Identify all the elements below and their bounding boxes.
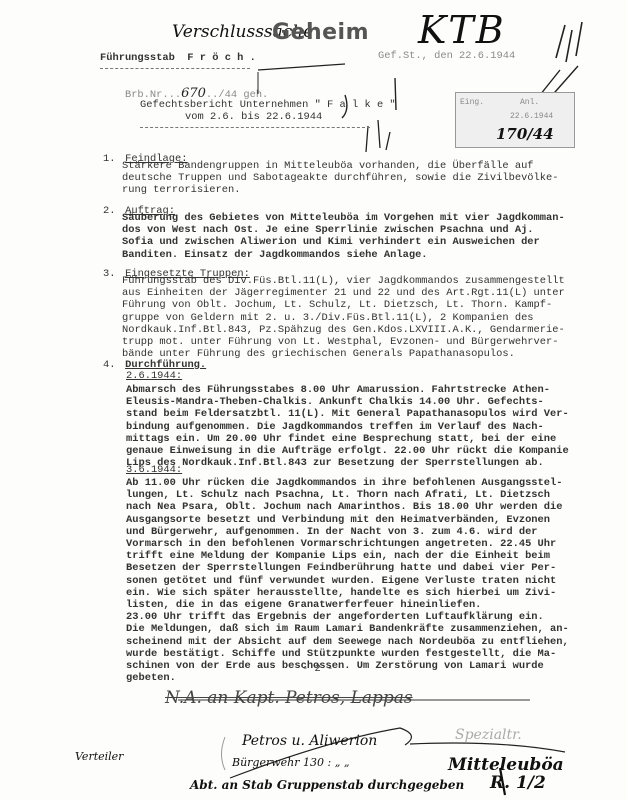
text-line: lungen, Lt. Schulz nach Psachna, Lt. Tho… <box>126 489 569 501</box>
text-line: gebeten. <box>126 672 569 684</box>
initials: R. 1/2 <box>490 773 546 793</box>
text-line: Eleusis-Mandra-Theben-Chalkis. Ankunft C… <box>126 396 569 408</box>
text-line: trifft eine Meldung der Kompanie Lips ei… <box>126 550 569 562</box>
text-line: sonen getötet und fünf verwundet wurden.… <box>126 575 569 587</box>
text-line: mittags ein. Um 20.00 Uhr findet eine Be… <box>126 433 569 445</box>
text-line: wurde bestätigt. Schiffe und Stützpunkte… <box>126 648 569 660</box>
text-line: Stärkere Bandengruppen in Mitteleuböa vo… <box>122 160 558 172</box>
report-title: Gefechtsbericht Unternehmen " F a l k e … <box>140 99 396 111</box>
text-line: 23.00 Uhr trifft das Ergebnis der angefo… <box>126 611 569 623</box>
received-stamp: Eing. Anl. 22.6.1944 170/44 <box>455 92 575 148</box>
stamp-number: 170/44 <box>496 125 554 143</box>
text-line: Vormarsch in den befohlenen Vormarschric… <box>126 538 569 550</box>
text-line: ein. Wie sich später herausstellte, hand… <box>126 587 569 599</box>
bracket-target-note: Mitteleuböa <box>448 755 564 775</box>
text-line: Nordkauk.Inf.Btl.843, Pz.Spähzug des Gen… <box>122 324 565 336</box>
stamp-line2: Anl. <box>520 97 539 109</box>
text-line: scheinend mit der Absicht auf dem Seeweg… <box>126 636 569 648</box>
section-auftrag-body: Säuberung des Gebietes von Mitteleuböa i… <box>122 212 565 261</box>
faint-right-note: Spezialtr. <box>455 727 522 743</box>
text-line: nach Nea Psara, Oblt. Jochum nach Amarin… <box>126 501 569 513</box>
entry-date: 3.6.1944: <box>126 464 182 476</box>
document-page: Verschlusssache Geheim KTB Führungsstab … <box>0 0 627 800</box>
text-line: gruppe von Geldern mit 2. u. 3./Div.Füs.… <box>122 312 565 324</box>
text-line: Führung von Oblt. Jochum, Lt. Schulz, Lt… <box>122 299 565 311</box>
text-line: stand beim Feldersatzbtl. 11(L). Mit Gen… <box>126 408 569 420</box>
text-line: Säuberung des Gebietes von Mitteleuböa i… <box>122 212 565 224</box>
bottom-handwritten-note: Abt. an Stab Gruppenstab durchgegeben <box>190 778 464 792</box>
title-underline <box>140 127 370 128</box>
stamp-line3: 22.6.1944 <box>510 111 553 123</box>
margin-note-verteiler: Verteiler <box>75 750 123 763</box>
bracket-note-line2: Bürgerwehr 130 : „ „ <box>232 756 350 769</box>
entry-body-3-6: Ab 11.00 Uhr rücken die Jagdkommandos in… <box>126 477 569 684</box>
text-line: listen, die in das eigene Granatwerferfe… <box>126 599 569 611</box>
section-number: 1. <box>103 153 115 165</box>
struck-handwritten-note: N.A. an Kapt. Petros, Lappas <box>165 688 413 708</box>
text-line: bindung aufgenommen. Die Jagdkommandos t… <box>126 421 569 433</box>
section-number: 2. <box>103 205 115 217</box>
text-line: Besetzen der Sperrstellungen Feindberühr… <box>126 562 569 574</box>
stamp-line1: Eing. <box>460 97 484 109</box>
text-line: Lips des Nordkauk.Inf.Btl.843 zur Besetz… <box>126 457 569 469</box>
text-line: deutsche Truppen und Sabotageakte durchf… <box>122 172 558 184</box>
page-number: - 2 - <box>302 663 333 675</box>
text-line: Abmarsch des Führungsstabes 8.00 Uhr Ama… <box>126 384 569 396</box>
text-line: rung terrorisieren. <box>122 184 558 196</box>
text-line: Ausgangsorte besetzt und Verbindung mit … <box>126 514 569 526</box>
entry-body-2-6: Abmarsch des Führungsstabes 8.00 Uhr Ama… <box>126 384 569 469</box>
text-line: schinen von der Erde aus beschossen. Um … <box>126 660 569 672</box>
text-line: dos von West nach Ost. Je eine Sperrlini… <box>122 224 565 236</box>
text-line: aus Einheiten der Jägerregimenter 21 und… <box>122 287 565 299</box>
section-truppen-body: Führungsstab des Div.Füs.Btl.11(L), vier… <box>122 275 565 360</box>
section-number: 4. <box>103 359 115 371</box>
bracket-note-line1: Petros u. Aliwerion <box>242 733 377 749</box>
entry-date: 2.6.1944: <box>126 370 182 382</box>
text-line: Sofia und zwischen Aliwerion und Kimi ve… <box>122 236 565 248</box>
report-subtitle: vom 2.6. bis 22.6.1944 <box>185 111 322 123</box>
text-line: und Bürgerwehr, aufgenommen. In der Nach… <box>126 526 569 538</box>
section-number: 3. <box>103 268 115 280</box>
text-line: Führungsstab des Div.Füs.Btl.11(L), vier… <box>122 275 565 287</box>
text-line: genaue Einweisung in die Aufträge erfolg… <box>126 445 569 457</box>
text-line: Die Meldungen, daß sich im Raum Lamari B… <box>126 623 569 635</box>
text-line: trupp mot. unter Führung von Lt. Westpha… <box>122 336 565 348</box>
text-line: Banditen. Einsatz der Jagdkommandos sieh… <box>122 249 565 261</box>
text-line: Ab 11.00 Uhr rücken die Jagdkommandos in… <box>126 477 569 489</box>
section-feindlage-body: Stärkere Bandengruppen in Mitteleuböa vo… <box>122 160 558 197</box>
